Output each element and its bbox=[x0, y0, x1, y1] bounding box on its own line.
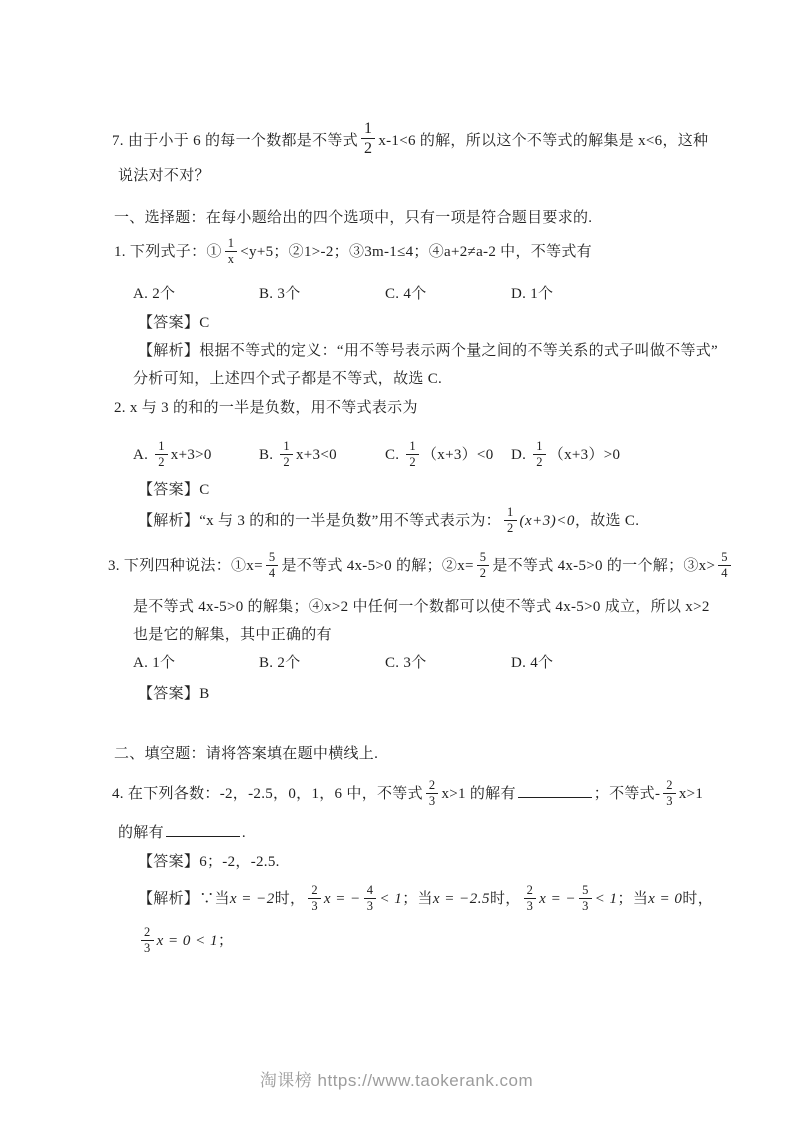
fraction-numerator: 1 bbox=[504, 505, 517, 521]
text-run: ，故选 C. bbox=[575, 513, 639, 529]
text-run: <y+5；②1>-2；③3m-1≤4；④a+2≠a-2 中，不等式有 bbox=[240, 244, 592, 260]
fraction-numerator: 1 bbox=[361, 119, 375, 139]
fraction-denominator: 3 bbox=[524, 899, 537, 914]
text-run: 【答案】B bbox=[138, 686, 210, 702]
option-B: B. 2个 bbox=[259, 653, 385, 674]
text-run: A. 2个 bbox=[133, 286, 175, 302]
fraction: 12 bbox=[361, 119, 375, 158]
fraction: 1x bbox=[225, 236, 238, 267]
fraction: 23 bbox=[426, 778, 439, 809]
page-footer: 淘课榜 https://www.taokerank.com bbox=[0, 1066, 793, 1091]
text-run: ； bbox=[218, 933, 233, 949]
document-page: 7. 由于小于 6 的每一个数都是不等式12x-1<6 的解，所以这个不等式的解… bbox=[0, 0, 793, 1122]
fraction-numerator: 5 bbox=[477, 550, 490, 566]
question-7-line-2: 说法对不对？ bbox=[118, 166, 210, 187]
question-1-options: A. 2个B. 3个C. 4个D. 1个 bbox=[133, 284, 553, 305]
question-1-text: 1. 下列式子：①1x<y+5；②1>-2；③3m-1≤4；④a+2≠a-2 中… bbox=[114, 237, 592, 268]
option-B: B. 12x+3<0 bbox=[259, 440, 385, 471]
fraction: 23 bbox=[663, 778, 676, 809]
fraction: 53 bbox=[579, 883, 592, 914]
fraction-numerator: 4 bbox=[364, 883, 377, 899]
fill-in-blank bbox=[166, 821, 240, 837]
question-2-solution: 【解析】“x 与 3 的和的一半是负数”用不等式表示为：12(x+3)<0，故选… bbox=[138, 506, 639, 537]
option-D: D. 12（x+3）>0 bbox=[511, 440, 620, 471]
fraction-numerator: 5 bbox=[266, 550, 279, 566]
text-run: 分析可知，上述四个式子都是不等式，故选 C. bbox=[133, 371, 442, 387]
fraction-numerator: 5 bbox=[579, 883, 592, 899]
text-run: 【答案】6；-2，-2.5. bbox=[138, 854, 280, 870]
fraction: 12 bbox=[406, 439, 419, 470]
text-run: C. 4个 bbox=[385, 286, 427, 302]
text-run: 3. 下列四种说法：①x= bbox=[108, 558, 263, 574]
text-run: B. bbox=[259, 447, 277, 463]
question-3-line-2: 是不等式 4x-5>0 的解集；④x>2 中任何一个数都可以使不等式 4x-5>… bbox=[133, 597, 710, 618]
fraction: 23 bbox=[524, 883, 537, 914]
fraction: 23 bbox=[308, 883, 321, 914]
question-4-line-2: 的解有. bbox=[118, 821, 246, 844]
option-C: C. 4个 bbox=[385, 284, 511, 305]
math-run: < 1 bbox=[595, 891, 618, 907]
text-run: 4. 在下列各数：-2，-2.5，0，1，6 中，不等式 bbox=[112, 786, 423, 802]
fraction: 12 bbox=[533, 439, 546, 470]
fraction-denominator: 3 bbox=[364, 899, 377, 914]
fraction-numerator: 1 bbox=[406, 439, 419, 455]
fraction-numerator: 5 bbox=[718, 550, 731, 566]
question-1-solution-line-1: 【解析】根据不等式的定义：“用不等号表示两个量之间的不等关系的式子叫做不等式” bbox=[138, 341, 718, 362]
text-run: 时， bbox=[490, 891, 521, 907]
question-4-answer: 【答案】6；-2，-2.5. bbox=[138, 852, 280, 873]
math-run: x = 0 < 1 bbox=[157, 933, 218, 949]
section-2-heading: 二、填空题：请将答案填在题中横线上. bbox=[114, 744, 378, 765]
text-run: 【解析】∵当 bbox=[138, 891, 230, 907]
fraction-denominator: 2 bbox=[504, 521, 517, 536]
question-4-solution-line-1: 【解析】∵当x = −2时，23x = −43< 1；当x = −2.5时，23… bbox=[138, 884, 713, 915]
text-run: （x+3）>0 bbox=[549, 447, 621, 463]
text-run: 1. 下列式子：① bbox=[114, 244, 222, 260]
text-run: 【答案】C bbox=[138, 482, 210, 498]
fraction-denominator: 3 bbox=[426, 794, 439, 809]
text-run: x>1 的解有 bbox=[441, 786, 515, 802]
text-run: A. 1个 bbox=[133, 655, 175, 671]
text-run: x+3<0 bbox=[296, 447, 337, 463]
fraction-denominator: 4 bbox=[718, 566, 731, 581]
option-C: C. 12（x+3）<0 bbox=[385, 440, 511, 471]
option-C: C. 3个 bbox=[385, 653, 511, 674]
text-run: 【解析】“x 与 3 的和的一半是负数”用不等式表示为： bbox=[138, 513, 501, 529]
fraction-denominator: x bbox=[225, 252, 238, 267]
fraction-denominator: 2 bbox=[477, 566, 490, 581]
fraction: 12 bbox=[504, 505, 517, 536]
text-run: C. bbox=[385, 447, 403, 463]
text-run: 2. x 与 3 的和的一半是负数，用不等式表示为 bbox=[114, 400, 418, 416]
fraction-denominator: 3 bbox=[579, 899, 592, 914]
text-run: 是不等式 4x-5>0 的解集；④x>2 中任何一个数都可以使不等式 4x-5>… bbox=[133, 599, 710, 615]
fraction: 12 bbox=[155, 439, 168, 470]
option-B: B. 3个 bbox=[259, 284, 385, 305]
question-3-line-3: 也是它的解集，其中正确的有 bbox=[133, 625, 332, 646]
text-run: （x+3）<0 bbox=[422, 447, 494, 463]
fraction-denominator: 2 bbox=[361, 139, 375, 158]
text-run: D. 1个 bbox=[511, 286, 553, 302]
fraction-denominator: 2 bbox=[533, 455, 546, 470]
question-2-options: A. 12x+3>0B. 12x+3<0C. 12（x+3）<0D. 12（x+… bbox=[133, 440, 620, 471]
text-run: 是不等式 4x-5>0 的一个解；③x> bbox=[492, 558, 715, 574]
question-3-line-1: 3. 下列四种说法：①x=54是不等式 4x-5>0 的解；②x=52是不等式 … bbox=[108, 551, 734, 582]
question-7-line-1: 7. 由于小于 6 的每一个数都是不等式12x-1<6 的解，所以这个不等式的解… bbox=[112, 122, 708, 161]
section-1-heading: 一、选择题：在每小题给出的四个选项中，只有一项是符合题目要求的. bbox=[114, 208, 592, 229]
text-run: ；不等式- bbox=[594, 786, 661, 802]
fraction-numerator: 1 bbox=[225, 236, 238, 252]
question-4-solution-line-2: 23x = 0 < 1； bbox=[138, 926, 233, 957]
option-A: A. 2个 bbox=[133, 284, 259, 305]
text-run: x>1 bbox=[679, 786, 703, 802]
text-run: B. 2个 bbox=[259, 655, 301, 671]
fraction: 54 bbox=[266, 550, 279, 581]
text-run: 时， bbox=[682, 891, 713, 907]
text-run: 【答案】C bbox=[138, 315, 210, 331]
math-run: x = 0 bbox=[648, 891, 682, 907]
option-D: D. 4个 bbox=[511, 653, 553, 674]
text-run: D. 4个 bbox=[511, 655, 553, 671]
fraction-denominator: 2 bbox=[406, 455, 419, 470]
fraction-numerator: 2 bbox=[663, 778, 676, 794]
fraction-denominator: 2 bbox=[280, 455, 293, 470]
text-run: ；当 bbox=[618, 891, 649, 907]
math-run: x = − bbox=[539, 891, 576, 907]
text-run: 的解有 bbox=[118, 825, 164, 841]
fraction-numerator: 2 bbox=[524, 883, 537, 899]
question-3-answer: 【答案】B bbox=[138, 684, 210, 705]
math-run: < 1 bbox=[379, 891, 402, 907]
math-run: x = − bbox=[324, 891, 361, 907]
fraction-numerator: 1 bbox=[155, 439, 168, 455]
text-run: A. bbox=[133, 447, 152, 463]
text-run: 一、选择题：在每小题给出的四个选项中，只有一项是符合题目要求的. bbox=[114, 210, 592, 226]
text-run: 7. 由于小于 6 的每一个数都是不等式 bbox=[112, 133, 358, 149]
fraction-numerator: 2 bbox=[426, 778, 439, 794]
question-1-answer: 【答案】C bbox=[138, 313, 210, 334]
question-1-solution-line-2: 分析可知，上述四个式子都是不等式，故选 C. bbox=[133, 369, 442, 390]
option-D: D. 1个 bbox=[511, 284, 553, 305]
text-run: C. 3个 bbox=[385, 655, 427, 671]
text-run: x-1<6 的解，所以这个不等式的解集是 x<6，这种 bbox=[378, 133, 708, 149]
fraction: 54 bbox=[718, 550, 731, 581]
fraction-numerator: 2 bbox=[308, 883, 321, 899]
fraction-denominator: 3 bbox=[308, 899, 321, 914]
fraction: 12 bbox=[280, 439, 293, 470]
question-2-text: 2. x 与 3 的和的一半是负数，用不等式表示为 bbox=[114, 398, 418, 419]
text-run: 时， bbox=[275, 891, 306, 907]
footer-watermark-text: 淘课榜 https://www.taokerank.com bbox=[260, 1071, 533, 1090]
fraction-denominator: 3 bbox=[663, 794, 676, 809]
text-run: . bbox=[242, 825, 246, 841]
fill-in-blank bbox=[518, 782, 592, 798]
text-run: 二、填空题：请将答案填在题中横线上. bbox=[114, 746, 378, 762]
fraction-denominator: 2 bbox=[155, 455, 168, 470]
question-2-answer: 【答案】C bbox=[138, 480, 210, 501]
fraction: 52 bbox=[477, 550, 490, 581]
text-run: 说法对不对？ bbox=[118, 168, 210, 184]
question-4-line-1: 4. 在下列各数：-2，-2.5，0，1，6 中，不等式23x>1 的解有；不等… bbox=[112, 779, 703, 810]
math-run: x = −2 bbox=[230, 891, 275, 907]
option-A: A. 12x+3>0 bbox=[133, 440, 259, 471]
fraction: 23 bbox=[141, 925, 154, 956]
fraction-numerator: 1 bbox=[533, 439, 546, 455]
text-run: B. 3个 bbox=[259, 286, 301, 302]
text-run: D. bbox=[511, 447, 530, 463]
text-run: ；当 bbox=[402, 891, 433, 907]
fraction-denominator: 3 bbox=[141, 941, 154, 956]
fraction: 43 bbox=[364, 883, 377, 914]
fraction-denominator: 4 bbox=[266, 566, 279, 581]
option-A: A. 1个 bbox=[133, 653, 259, 674]
math-run: (x+3)<0 bbox=[520, 513, 575, 529]
fraction-numerator: 2 bbox=[141, 925, 154, 941]
text-run: 【解析】根据不等式的定义：“用不等号表示两个量之间的不等关系的式子叫做不等式” bbox=[138, 343, 718, 359]
text-run: x+3>0 bbox=[171, 447, 212, 463]
text-run: 是不等式 4x-5>0 的解；②x= bbox=[281, 558, 473, 574]
text-run: 也是它的解集，其中正确的有 bbox=[133, 627, 332, 643]
math-run: x = −2.5 bbox=[433, 891, 490, 907]
fraction-numerator: 1 bbox=[280, 439, 293, 455]
question-3-options: A. 1个B. 2个C. 3个D. 4个 bbox=[133, 653, 553, 674]
